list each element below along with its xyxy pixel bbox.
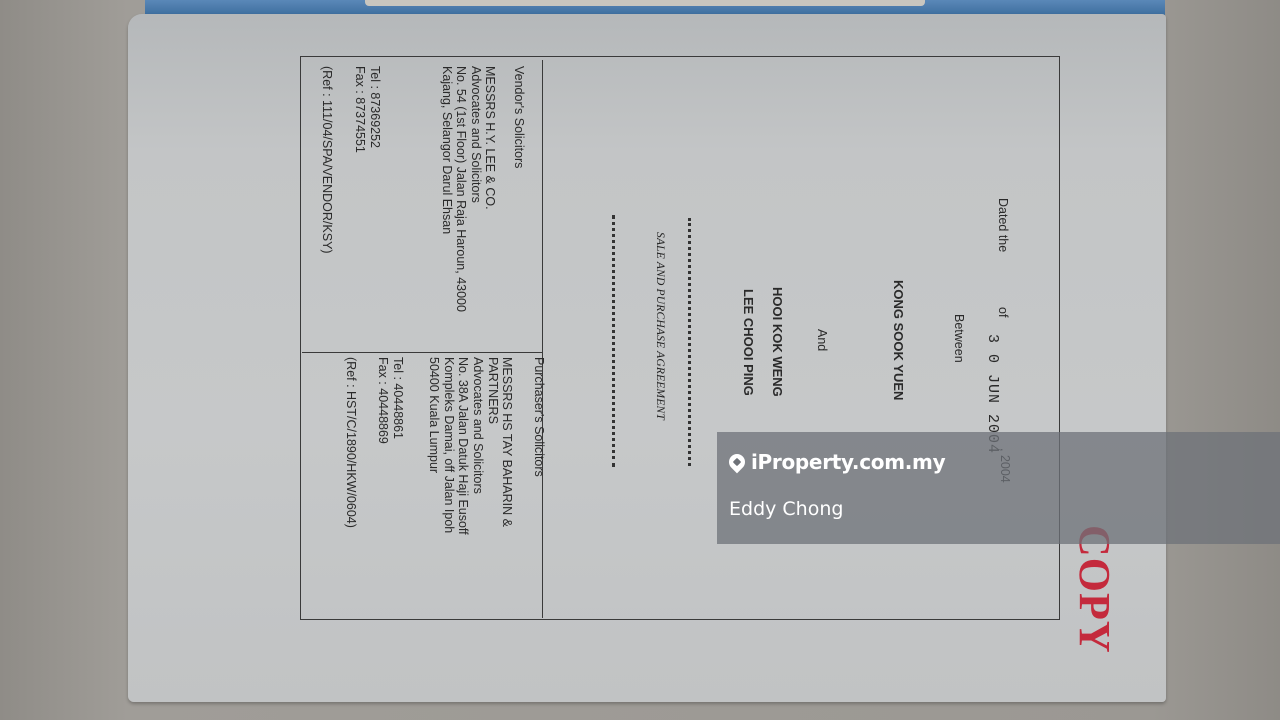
vendor-party-name: KONG SOOK YUEN xyxy=(891,280,906,400)
binder-inner-edge xyxy=(365,0,925,6)
of-label: of xyxy=(996,307,1010,317)
purchaser-party-name-1: HOOI KOK WENG xyxy=(770,287,785,397)
purchaser-solicitors-heading: Purchaser's Solicitors xyxy=(532,357,545,477)
vendor-solicitor-line-3: No. 54 (1st Floor) Jalan Raja Haroun, 43… xyxy=(454,66,467,312)
vendor-solicitor-line-2: Advocates and Solicitors xyxy=(469,66,482,203)
dotted-rule-top xyxy=(688,218,695,466)
purchaser-solicitor-line-4: No. 38A Jalan Datuk Haji Eusoff xyxy=(456,357,469,535)
vendor-ref: (Ref : 111/04/SPA/VENDOR/KSY) xyxy=(320,66,333,254)
purchaser-ref: (Ref : HST/C/1890/HKW/0604) xyxy=(344,357,357,528)
iproperty-watermark: iProperty.com.my Eddy Chong xyxy=(717,432,1280,544)
purchaser-solicitor-line-1: MESSRS HS TAY BAHARIN & xyxy=(500,357,513,527)
vendor-solicitor-line-1: MESSRS H.Y. LEE & CO. xyxy=(483,66,496,210)
purchaser-solicitor-line-5: Kompleks Damai, off Jalan Ipoh xyxy=(442,357,455,533)
dotted-rule-bottom xyxy=(612,215,619,467)
vendor-fax: Fax : 87374551 xyxy=(353,66,366,153)
watermark-agent-name: Eddy Chong xyxy=(729,498,843,520)
purchaser-solicitor-line-2: PARTNERS xyxy=(486,357,499,424)
purchaser-tel: Tel : 40448861 xyxy=(391,357,404,439)
location-pin-icon xyxy=(726,451,749,474)
solicitors-divider xyxy=(542,60,543,618)
purchaser-solicitor-line-3: Advocates and Solicitors xyxy=(471,357,484,494)
vendor-solicitors-heading: Vendor's Solicitors xyxy=(512,66,525,168)
solicitors-split-divider xyxy=(302,352,542,353)
watermark-brand-text: iProperty.com.my xyxy=(751,450,945,474)
copy-stamp: COPY xyxy=(1069,525,1120,654)
agreement-title: SALE AND PURCHASE AGREEMENT xyxy=(654,232,666,420)
purchaser-party-name-2: LEE CHOOI PING xyxy=(741,289,756,396)
vendor-tel: Tel : 87369252 xyxy=(368,66,381,148)
and-label: And xyxy=(815,329,829,351)
purchaser-solicitor-line-6: 50400 Kuala Lumpur xyxy=(427,357,440,473)
dated-label: Dated the xyxy=(996,198,1010,252)
between-label: Between xyxy=(952,314,966,363)
vendor-solicitor-line-4: Kajang, Selangor Darul Ehsan xyxy=(440,66,453,234)
watermark-brand: iProperty.com.my xyxy=(729,450,945,474)
purchaser-fax: Fax : 40448869 xyxy=(376,357,389,444)
